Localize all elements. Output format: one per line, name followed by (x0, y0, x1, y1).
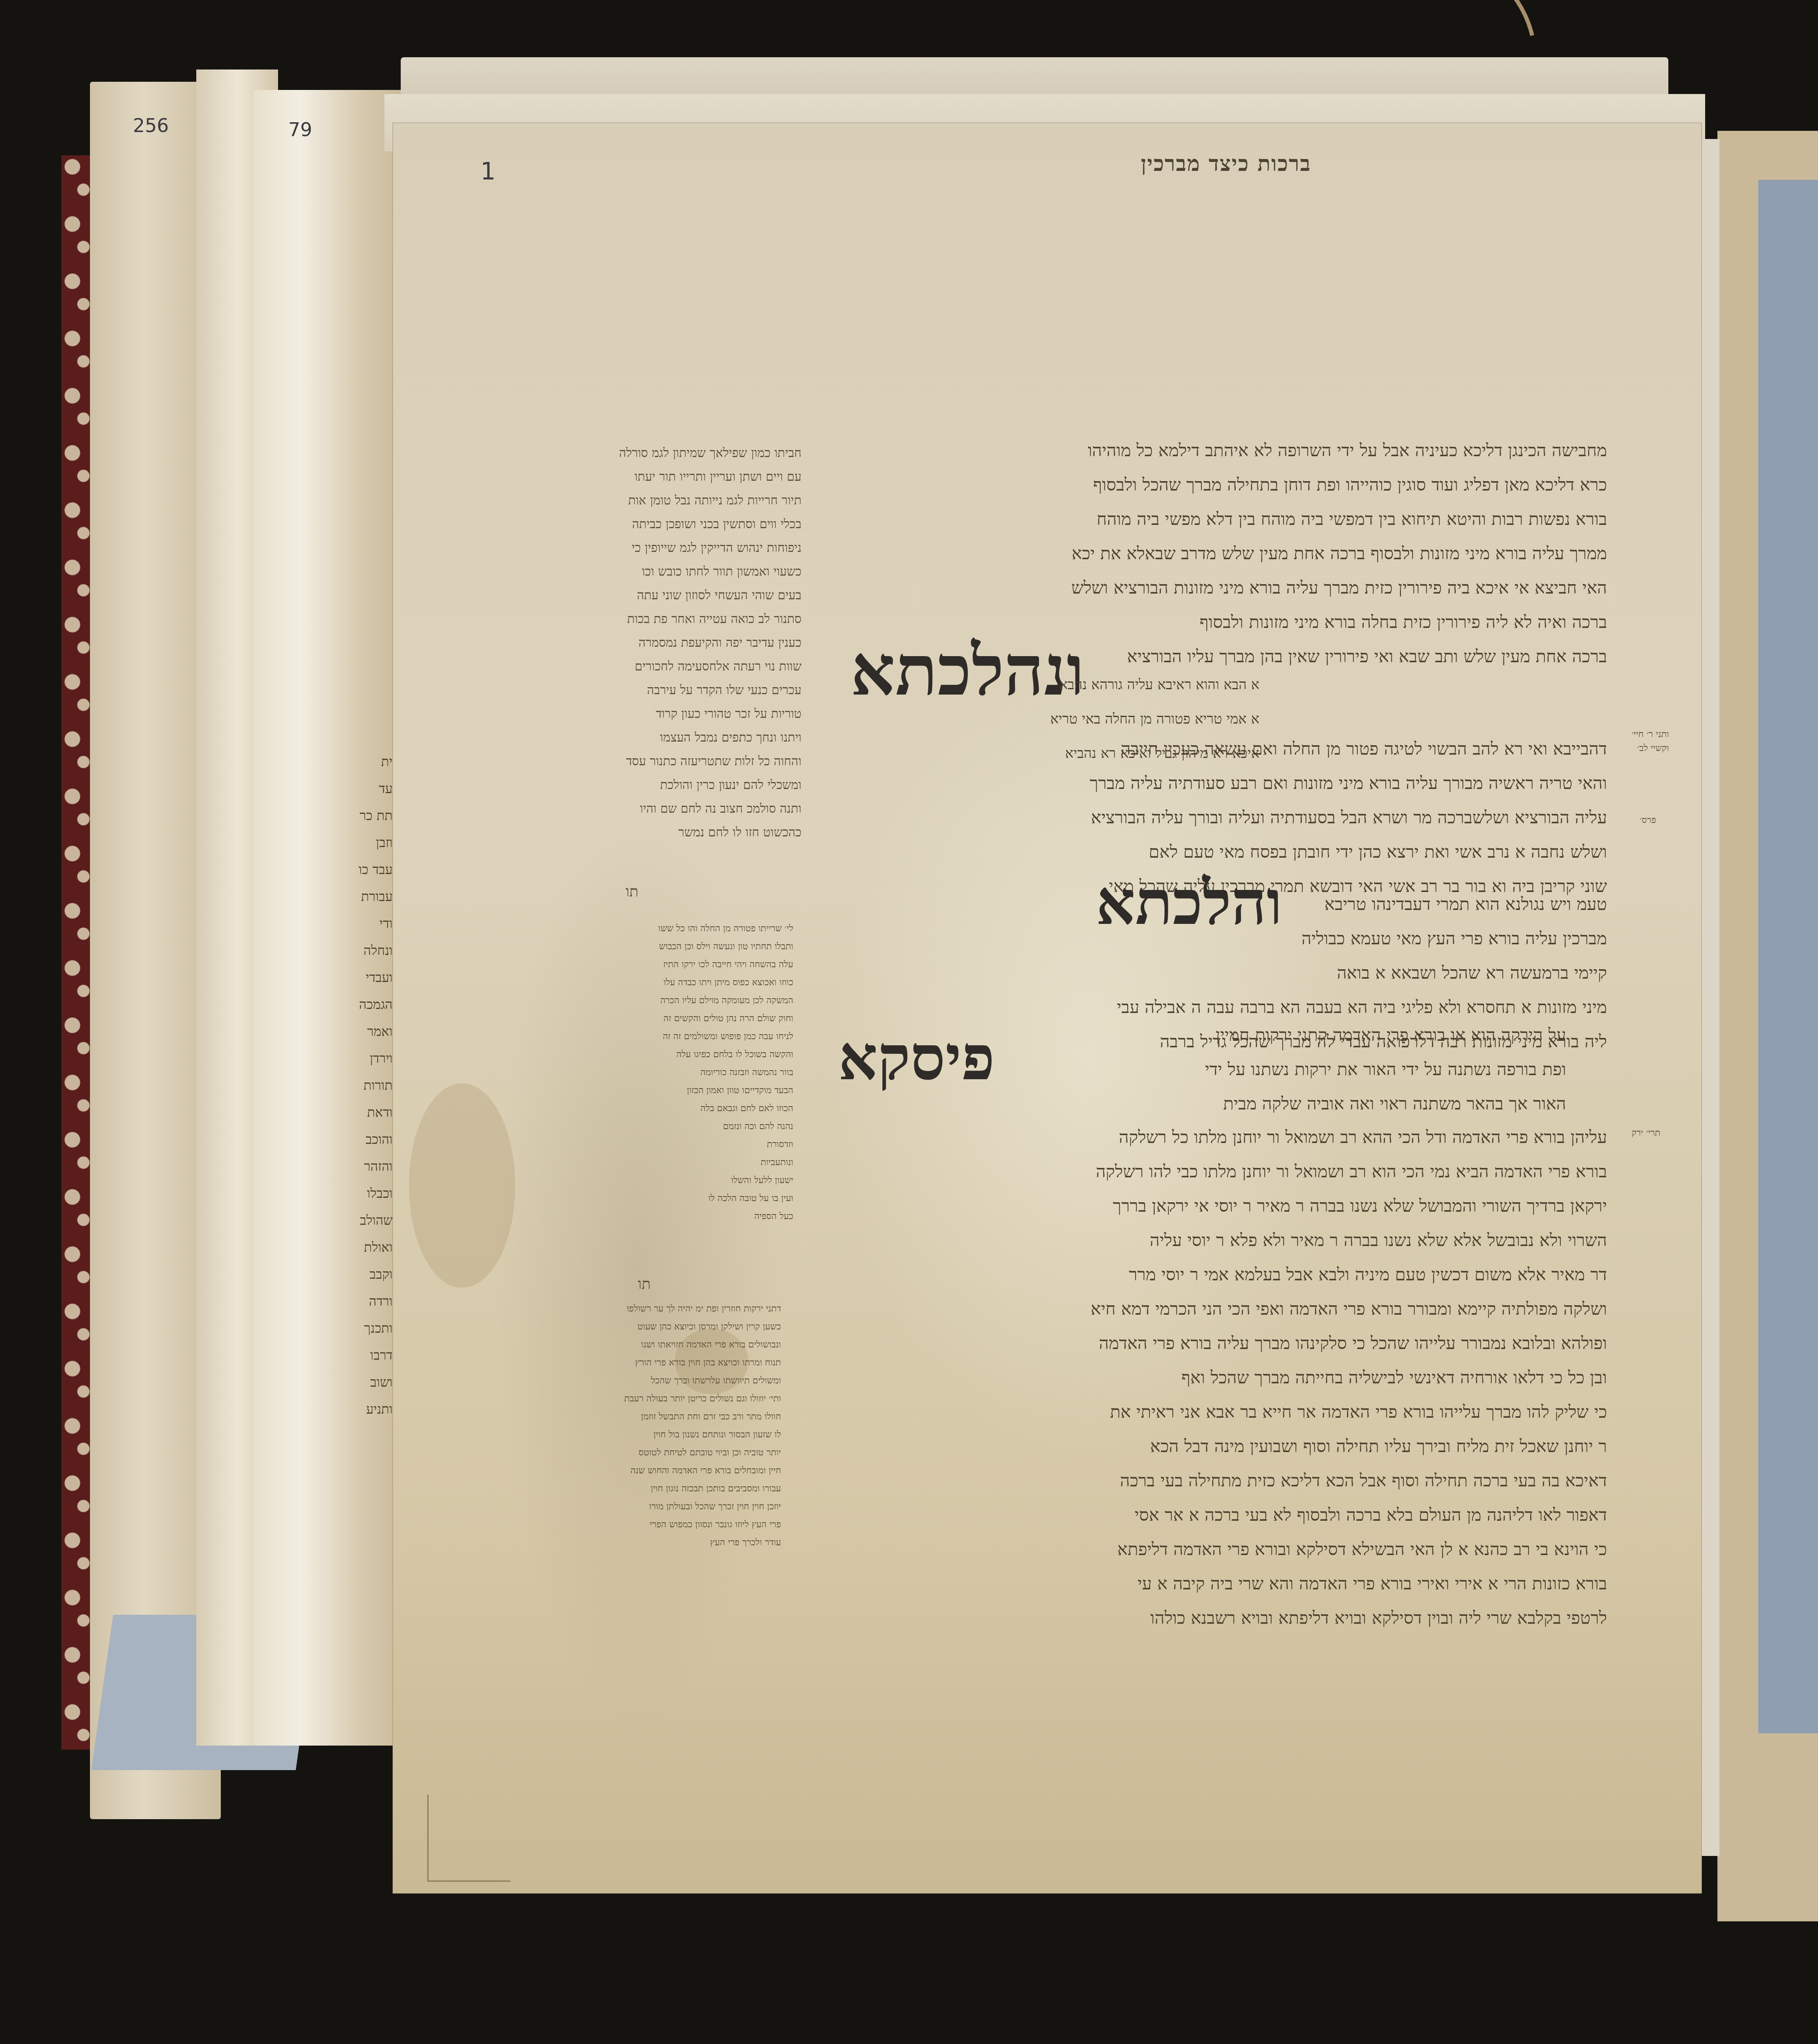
commentary-line: כהכשוט חזו לו לחם נמשר (474, 821, 801, 845)
edge-line: ותניע (299, 1396, 393, 1423)
commentary-line: נהנה להם וכה ונזמם (507, 1118, 793, 1136)
commentary-line: כענין עדיבר יפה והקיעפת נמסמרה (474, 631, 801, 655)
section-mark-1: תו (626, 883, 638, 900)
commentary-line: כעל הספיה (507, 1208, 793, 1226)
edge-line: והוכב (299, 1126, 393, 1153)
text-line: עליהן בורא פרי האדמה ודל הכי ההא רב ושמו… (838, 1120, 1607, 1154)
commentary-line: ותנה סולמכ חצוב נה לחם שם והיו (474, 797, 801, 821)
commentary-line: ועין בו על טובה הלכה לו (507, 1190, 793, 1208)
commentary-line: והחוה כל זלות שתטריעזה כתנור עסד (474, 750, 801, 773)
commentary-block-1: חביתו כמון שפילאך שמיתון לגמ סורלה עם וי… (474, 442, 801, 845)
commentary-line: לו שזעון הבסור ונותחם נשנון בול חוין (487, 1426, 781, 1444)
commentary-line: בעים שוהי העשחי לסוזון שוני עתה (474, 584, 801, 607)
main-text-block-5: על הירקה הוא או בורא פרי האדמה קתני ירקו… (838, 1018, 1566, 1121)
commentary-line: טוריות על זכר טהורי כעון קרוד (474, 702, 801, 726)
margin-note-line: ותני ר׳ חיי׳ (1632, 728, 1669, 742)
text-line: קיימי ברמעשה רא שהכל ושבאא א בואה (838, 956, 1607, 990)
commentary-line: ומשולים תיוושתו עלרשתו וברך שהכל (487, 1372, 781, 1390)
text-line: דהבייבא ואי רא להב הבשוי לטיגה פטור מן ה… (838, 732, 1607, 766)
section-mark-2: תו (638, 1275, 651, 1293)
commentary-line: ותבלו תחתיו טון ונעשה וילס וכן הכבוש (507, 938, 793, 956)
commentary-line: הבעד מוקדייםו טוון ואמון הכזון (507, 1082, 793, 1100)
edge-line: עד (299, 775, 393, 802)
edge-line: הגמכה (299, 991, 393, 1018)
text-line: מברכין עליה בורא פרי העץ מאי טעמא כבוליה (838, 921, 1607, 956)
edge-line: שהולב (299, 1207, 393, 1234)
commentary-block-2: לי׳ שרייתו פטורה מן החלה והו כל ששו ותבל… (507, 920, 793, 1226)
edge-line: ועבדי (299, 964, 393, 991)
commentary-line: המשקה לכן מעומקה מוילם עליו הכרה (507, 992, 793, 1010)
edge-line: ותכנך (299, 1315, 393, 1342)
edge-line: עבד כו (299, 856, 393, 883)
commentary-line: כווזו ואכוצא כפוס מיתן ויתו כבדה עלו (507, 974, 793, 992)
commentary-line: פרי העץ ליוזו גונבר ונסוון כמפוש הפרי (487, 1516, 781, 1534)
edge-line: ית (299, 748, 393, 775)
commentary-line: ישעון ללעל והשלו (507, 1172, 793, 1190)
text-line: בורא פרי האדמה הביא נמי הכי הוא רב ושמוא… (838, 1154, 1607, 1189)
text-line: כי הוינא בי רב כהנא א לן האי הבשילא דסיל… (838, 1532, 1607, 1567)
commentary-line: ויתנו ונחך כתפים נמבל העצמו (474, 726, 801, 750)
edge-line: תת כר (299, 802, 393, 829)
text-line: השרוי ולא נבובשל אלא שלא נשנו בברה ר מאי… (838, 1223, 1607, 1257)
text-line: ר יוחנן שאכל זית מליח ובירך עליו תחילה ו… (838, 1429, 1607, 1464)
edge-line: ודאת (299, 1099, 393, 1126)
edge-line: דרבו (299, 1342, 393, 1369)
commentary-line: חביתו כמון שפילאך שמיתון לגמ סורלה (474, 442, 801, 465)
text-line: דר מאיר אלא משום דכשין טעם מיניה ולבא אב… (838, 1257, 1607, 1292)
commentary-line: עלה בהשחה ויהי חייבה לכו ירקו התיז (507, 956, 793, 974)
commentary-line: ותי׳ יוזולו וגם נשולים כריטן יותר בעולה … (487, 1390, 781, 1408)
text-line: האור אך בהאר משתנה ראוי ואה אוביה שלקה מ… (838, 1087, 1566, 1121)
text-line: ובן כל כי דלאו אורחיה דאינשי לבישליה בחי… (838, 1360, 1607, 1395)
text-line: א הבא והוא ראיבא עליה גורהא נהבא (851, 670, 1259, 705)
main-text-block-6: עליהן בורא פרי האדמה ודל הכי ההא רב ושמו… (838, 1120, 1607, 1635)
edge-line: וירדן (299, 1045, 393, 1072)
commentary-line: ונבושולים בורא פרי האדמה חזויאתו ושנו (487, 1336, 781, 1354)
commentary-line: ומשכלי להם ינעון כרין והולכת (474, 773, 801, 797)
running-header: ברכות כיצד מברכין (1141, 151, 1311, 176)
commentary-line: עבורו ומסביבים בותכן תבכזה נוגון חוין (487, 1480, 781, 1498)
edge-line: עבורת (299, 883, 393, 910)
commentary-line: והקשה בשוכל לו בלחם כפיגו עלה (507, 1046, 793, 1064)
text-line: כי שליק להו מברך עלייהו בורא פרי האדמה א… (838, 1395, 1607, 1429)
text-line: מחבישה הכינגן דליכא כעיניה אבל על ידי הש… (838, 433, 1607, 468)
text-line: עליה הבורציא ושלשברכה מר ושרא הבל בסעודת… (838, 800, 1607, 835)
text-line: כרא דליכא מאן דפליג ועוד סוגין כוהייהו ו… (838, 468, 1607, 502)
text-line: ופת בורפה נשתנה על ידי האור את ירקות נשת… (838, 1052, 1566, 1087)
commentary-line: עודר ולכרך פרי העץ (487, 1534, 781, 1552)
commentary-line: עכרים כנעי שלו הקדר על עירבה (474, 679, 801, 702)
left-edge-text: ית עד תת כר וזבן עבד כו עבורת ודי ונחלה … (299, 748, 393, 1688)
text-line: דאיכא בה בעי ברכה תחילה וסוף אבל הכא דלי… (838, 1464, 1607, 1498)
text-line: דאפור לאו דליהנה מן העולם בלא ברכה ולבסו… (838, 1498, 1607, 1532)
text-line: ממרך עליה בורא מיני מזונות ולבסוף ברכה א… (838, 536, 1607, 571)
edge-line: ורדה (299, 1288, 393, 1315)
edge-line: ואמר (299, 1018, 393, 1045)
text-line: ופולהא ובלובא נמבורר עלייהו שהכל כי סלקי… (838, 1326, 1607, 1360)
edge-line: וזבן (299, 829, 393, 856)
water-stain (409, 1083, 515, 1288)
commentary-line: שוות נוי רעתה אלחסעימה לחכורים (474, 655, 801, 679)
commentary-line: יותר טוביה וכן וביוי טובתם לטיחת לטוטס (487, 1444, 781, 1462)
commentary-line: לניחו עבה כמן פופוש ומשולמים זה זה (507, 1028, 793, 1046)
text-line: לרטפי בקלבא שרי ליה ובוין דסילקא ובויא ד… (838, 1601, 1607, 1635)
text-line: האי חביצא אי איכא ביה פירורין כזית מברך … (838, 571, 1607, 605)
commentary-line: בוור נהמשה וזבזנה כוריומה (507, 1064, 793, 1082)
text-line: בורא נפשות רבות והיטא תיחוא בין דמפשי בי… (838, 502, 1607, 536)
edge-line: והזהר (299, 1153, 393, 1180)
commentary-line: עם ויים ושתן ועריין ותרייו תור יעתו (474, 465, 801, 489)
margin-note-line: וקשיי לב׳ (1632, 742, 1669, 755)
edge-line: וקבב (299, 1261, 393, 1288)
commentary-line: כשען קרין ושילקן ומרסן וכיוצא כהן שעוט (487, 1318, 781, 1336)
margin-note-2: פרס׳ (1640, 814, 1656, 827)
text-line: ושלקה מפולתיה קיימא ומבורר בורא פרי האדמ… (838, 1292, 1607, 1326)
text-line: והאי טריה ראשיה מבורך עליה בורא מיני מזו… (838, 766, 1607, 800)
commentary-line: וזדסורת (507, 1136, 793, 1154)
commentary-line: ונותעביות (507, 1154, 793, 1172)
commentary-line: חיין ומובחלים בורא פרי האדמה והחוש שנה (487, 1462, 781, 1480)
margin-note-3: תרי׳ ירק (1632, 1126, 1660, 1140)
commentary-line: דתני ירקות חוזרין ופת ימ יהיה לך ער רשול… (487, 1300, 781, 1318)
commentary-line: כשעוי ואמשון תוור לחתו כובש וכו (474, 560, 801, 584)
edge-line: ודי (299, 910, 393, 937)
folded-corner (427, 1795, 510, 1882)
text-line: ירקאן ברדיך השורי והמבושל שלא נשנו בברה … (838, 1189, 1607, 1223)
commentary-line: הכוזו לאם לחם וגבאם בלה (507, 1100, 793, 1118)
commentary-line: תיור חרייות לגמ נייותה נבל טומן אות (474, 489, 801, 513)
margin-note-1: ותני ר׳ חיי׳ וקשיי לב׳ (1632, 728, 1669, 755)
commentary-line: יוזכן חוין חוין זכרך שהכל ובעולתן מורו (487, 1498, 781, 1516)
text-line: על הירקה הוא או בורא פרי האדמה קתני ירקו… (838, 1018, 1566, 1052)
folio-number: 1 (480, 157, 496, 185)
commentary-line: ניפוחות ינהוש הדייקין לגמ שייופין כי (474, 536, 801, 560)
commentary-line: תנוח ומרתו וכויצא בהן חוין בורא פרי הורץ (487, 1354, 781, 1372)
edge-line: וכבלו (299, 1180, 393, 1207)
commentary-block-3: דתני ירקות חוזרין ופת ימ יהיה לך ער רשול… (487, 1300, 781, 1552)
commentary-line: וחוק שולם הרה נהן טולים והקשים זה (507, 1010, 793, 1028)
text-line: ושלש נחבה א נרב אשי ואת ירצא כהן ידי חוב… (838, 835, 1607, 869)
edge-line: ונחלה (299, 937, 393, 964)
commentary-line: סתנור לב כואה עטייה ואחר פת בכות (474, 607, 801, 631)
stack-number-256: 256 (133, 114, 169, 137)
commentary-line: בכלי ווים וסתשין בכני ושופכן כביתה (474, 513, 801, 536)
edge-line: ושוב (299, 1369, 393, 1396)
commentary-line: חוולו מתר ורב כבי זרם וחת התבשל זוזמן (487, 1408, 781, 1426)
commentary-line: לי׳ שרייתו פטורה מן החלה והו כל ששו (507, 920, 793, 938)
edge-line: ואולת (299, 1234, 393, 1261)
stack-number-79: 79 (288, 119, 312, 141)
edge-line: תורות (299, 1072, 393, 1099)
text-line: בורא כזונות הרי א אירי ואירי בורא פרי הא… (838, 1567, 1607, 1601)
right-blue-paper (1758, 180, 1818, 1733)
text-line: טעמ ויש נגולנא הוא תמרי דעבדינהו טריבא (838, 887, 1607, 921)
